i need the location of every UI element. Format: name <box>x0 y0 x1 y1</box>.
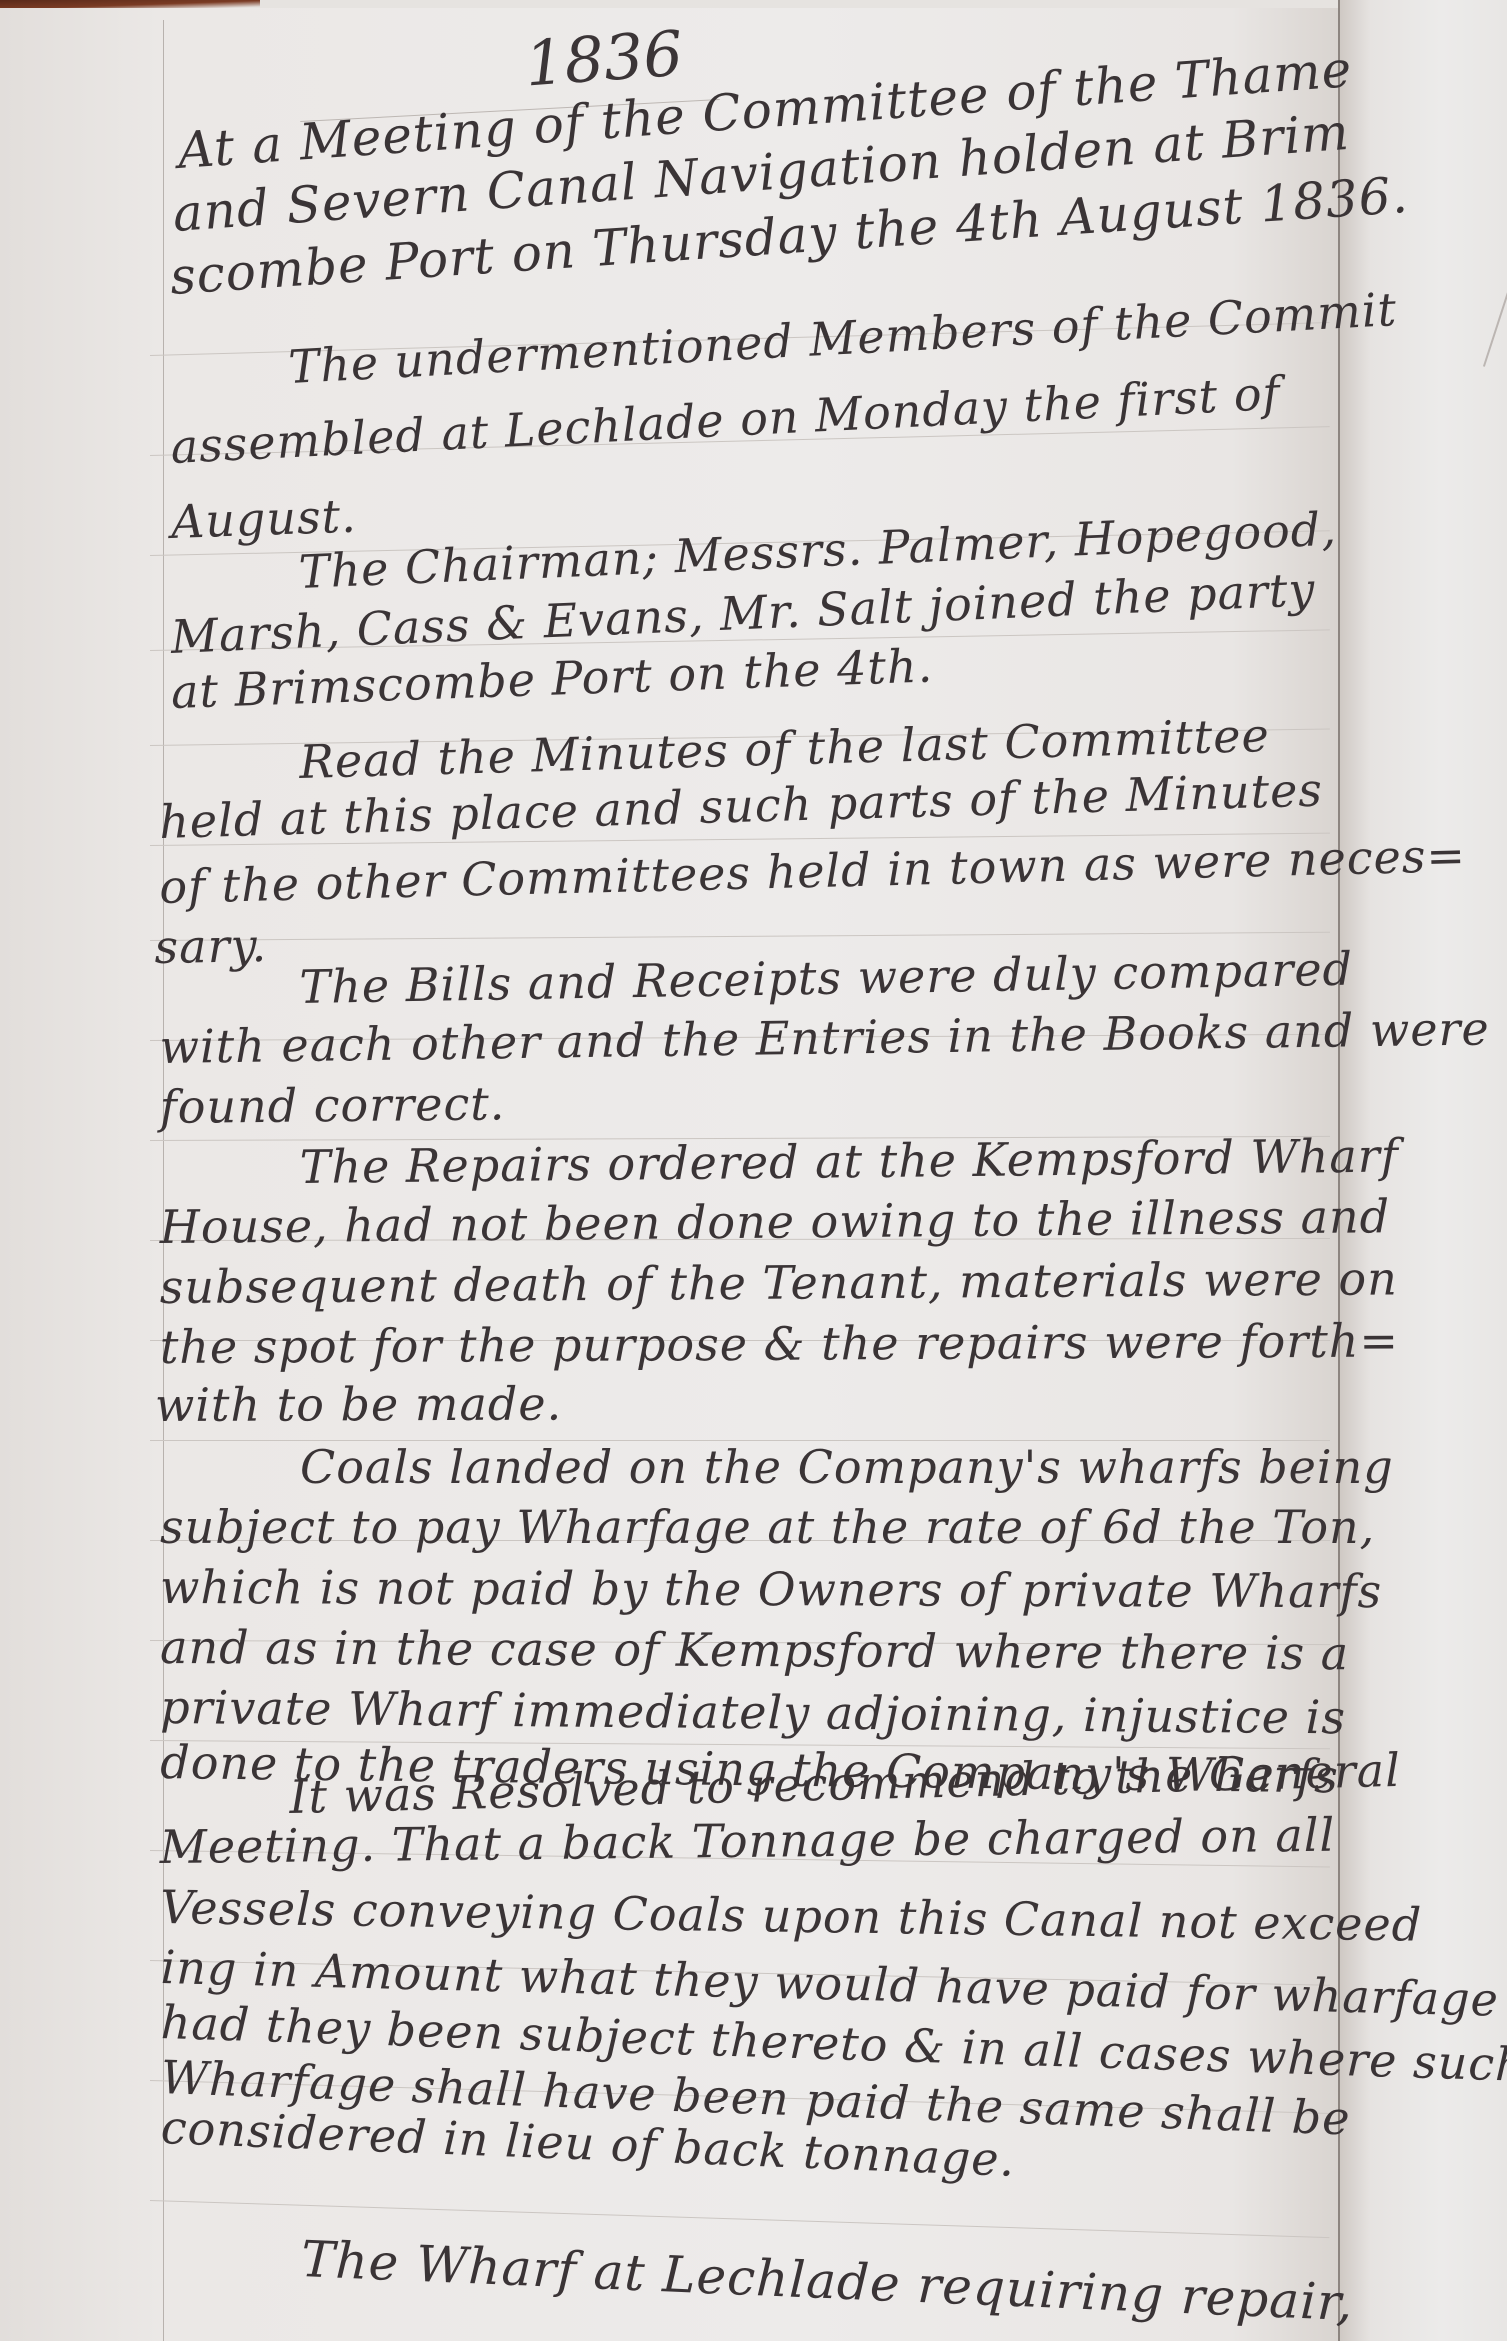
text-line: August. <box>170 489 357 549</box>
text-line: subsequent death of the Tenant, material… <box>160 1251 1398 1314</box>
text-line: Coals landed on the Company's wharfs bei… <box>300 1440 1394 1494</box>
text-line: House, had not been done owing to the il… <box>160 1189 1391 1254</box>
text-line: and as in the case of Kempsford where th… <box>160 1620 1349 1680</box>
text-line: subject to pay Wharfage at the rate of 6… <box>160 1500 1375 1554</box>
text-line: the spot for the purpose & the repairs w… <box>160 1314 1399 1374</box>
text-line: which is not paid by the Owners of priva… <box>160 1560 1382 1618</box>
text-line: sary. <box>154 918 267 974</box>
text-line: The Repairs ordered at the Kempsford Wha… <box>299 1128 1399 1194</box>
text-line: found correct. <box>159 1076 505 1134</box>
text-line: private Wharf immediately adjoining, inj… <box>160 1680 1346 1744</box>
text-line: with to be made. <box>155 1377 562 1432</box>
